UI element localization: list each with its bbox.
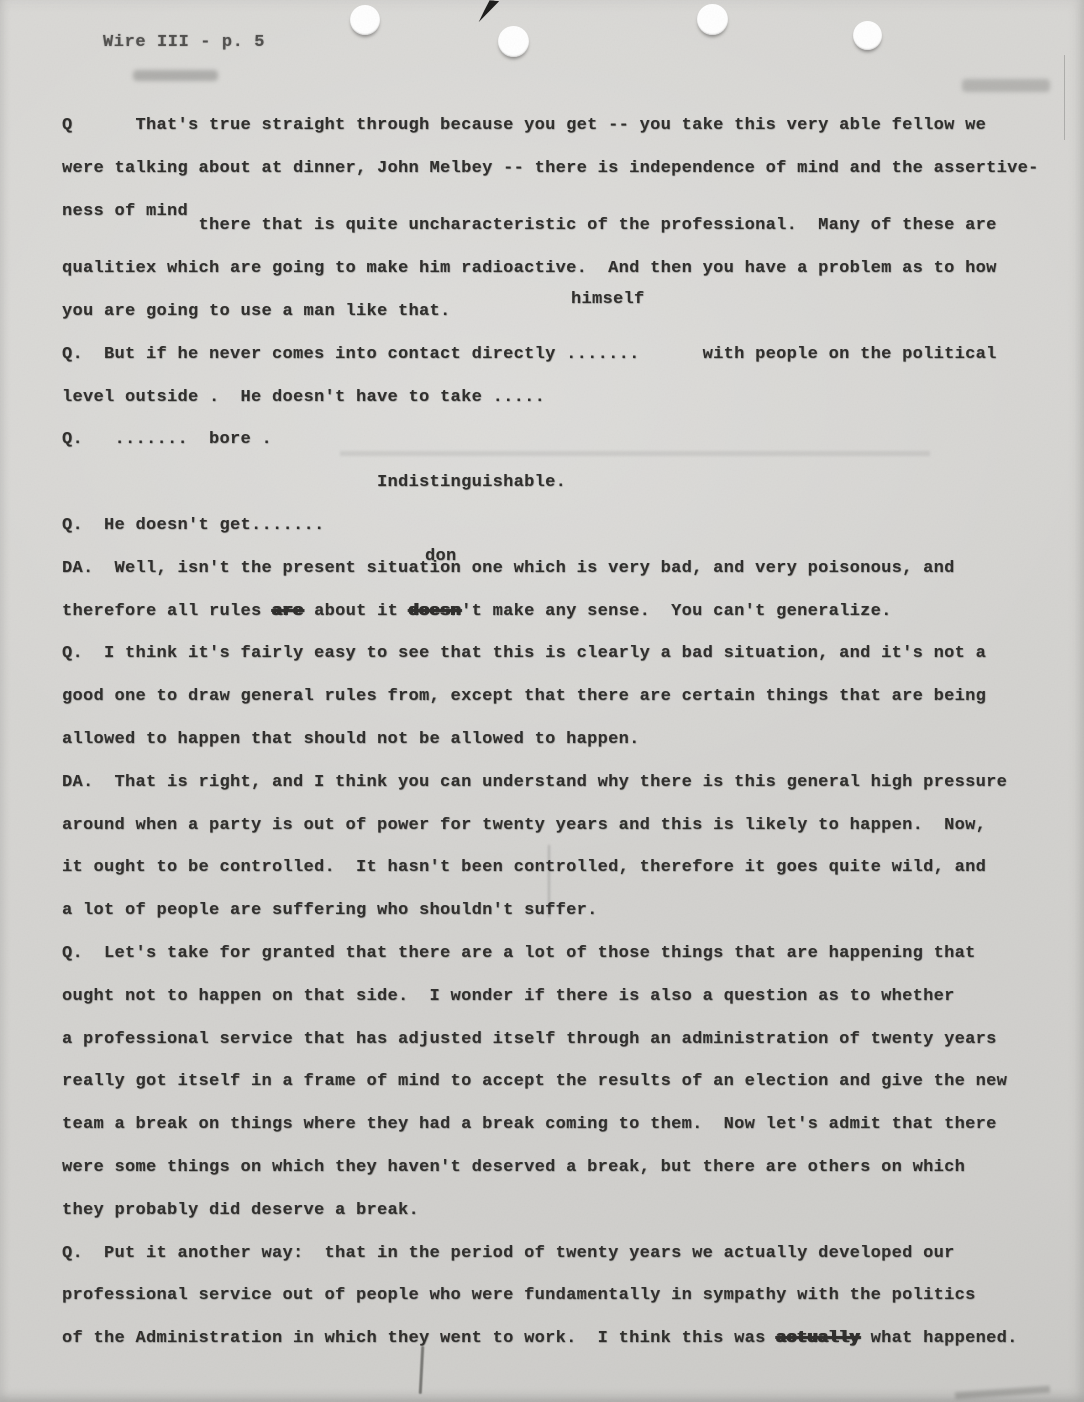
text-line: were some things on which they haven't d… <box>62 1147 1072 1190</box>
text-line: a lot of people are suffering who should… <box>62 890 1072 933</box>
text-line: team a break on things where they had a … <box>62 1104 1072 1147</box>
text-line: professional service out of people who w… <box>62 1275 1072 1318</box>
text-line: they probably did deserve a break. <box>62 1190 1072 1233</box>
text-line: good one to draw general rules from, exc… <box>62 676 1072 719</box>
text-line: Q. I think it's fairly easy to see that … <box>62 633 1072 676</box>
text-line: Q That's true straight through because y… <box>62 105 1072 148</box>
punch-hole <box>853 21 882 50</box>
text-line: Q. But if he never comes into contact di… <box>62 334 1072 377</box>
text-line: a professional service that has adjusted… <box>62 1019 1072 1062</box>
struck-text: doesn <box>409 602 462 621</box>
text-line: it ought to be controlled. It hasn't bee… <box>62 847 1072 890</box>
punch-hole <box>498 26 529 57</box>
punch-hole <box>350 5 380 35</box>
page-header: Wire III - p. 5 <box>103 33 265 52</box>
text-line: you are going to use a man like that. <box>62 291 1072 334</box>
text-line: Q. Put it another way: that in the perio… <box>62 1233 1072 1276</box>
text-line: ought not to happen on that side. I wond… <box>62 976 1072 1019</box>
struck-text: actually <box>776 1329 860 1348</box>
text-line: of the Administration in which they went… <box>62 1318 1072 1361</box>
text-line: Q. Let's take for granted that there are… <box>62 933 1072 976</box>
text-line: Q. ....... bore . <box>62 419 1072 462</box>
text-line: DA. That is right, and I think you can u… <box>62 762 1072 805</box>
text-line: therefore all rules are about it doesn't… <box>62 591 1072 634</box>
document-body: Q That's true straight through because y… <box>62 105 1072 1361</box>
struck-text: are <box>272 602 304 621</box>
text-line: there that is quite uncharacteristic of … <box>62 205 1072 248</box>
text-line: Q. He doesn't get....... <box>62 505 1072 548</box>
text-line: were talking about at dinner, John Melbe… <box>62 148 1072 191</box>
text-line: allowed to happen that should not be all… <box>62 719 1072 762</box>
text-line: qualitiex which are going to make him ra… <box>62 248 1072 291</box>
scan-streak <box>955 1386 1050 1400</box>
pen-mark-icon <box>475 0 501 24</box>
text-line: level outside . He doesn't have to take … <box>62 377 1072 420</box>
ink-smudge <box>962 79 1050 92</box>
text-line: really got itself in a frame of mind to … <box>62 1061 1072 1104</box>
text-line: around when a party is out of power for … <box>62 805 1072 848</box>
text-line: DA. Well, isn't the present situation on… <box>62 548 1072 591</box>
scanned-document-page: Wire III - p. 5 Q That's true straight t… <box>0 0 1084 1402</box>
ink-smudge <box>133 70 218 81</box>
punch-hole <box>697 4 728 35</box>
text-line: Indistinguishable. <box>62 462 1072 505</box>
